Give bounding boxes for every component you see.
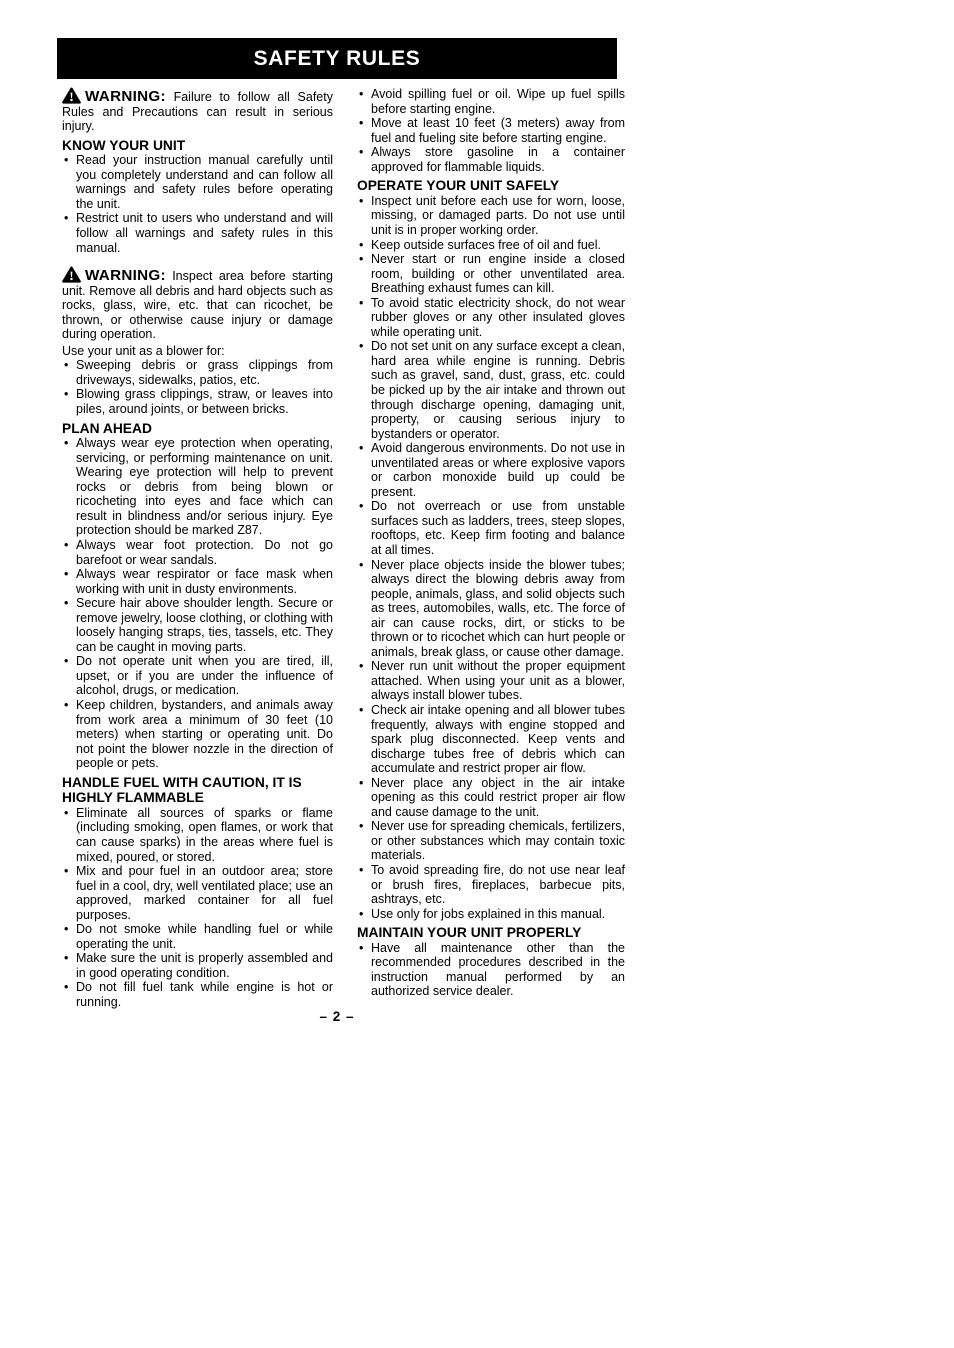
bullet-item: Always store gasoline in a container app… xyxy=(357,145,625,174)
bullet-text: Have all maintenance other than the reco… xyxy=(371,941,625,999)
bullet-text: Do not fill fuel tank while engine is ho… xyxy=(76,980,333,1009)
bullet-item: Blowing grass clippings, straw, or leave… xyxy=(62,387,333,416)
page-number: – 2 – xyxy=(57,1009,617,1024)
bullet-item: Mix and pour fuel in an outdoor area; st… xyxy=(62,864,333,922)
bullet-text: Never use for spreading chemicals, ferti… xyxy=(371,819,625,862)
bullet-text: Do not overreach or use from unstable su… xyxy=(371,499,625,557)
bullet-item: Read your instruction manual carefully u… xyxy=(62,153,333,211)
section-heading: KNOW YOUR UNIT xyxy=(62,138,333,154)
bullet-text: Restrict unit to users who understand an… xyxy=(76,211,333,254)
bullet-text: Never start or run engine inside a close… xyxy=(371,252,625,295)
bullet-item: Do not fill fuel tank while engine is ho… xyxy=(62,980,333,1009)
bullet-item: Eliminate all sources of sparks or flame… xyxy=(62,806,333,864)
bullet-item: Always wear eye protection when operatin… xyxy=(62,436,333,538)
bullet-item: Restrict unit to users who understand an… xyxy=(62,211,333,255)
bullet-text: Always wear eye protection when operatin… xyxy=(76,436,333,537)
bullet-text: Never run unit without the proper equipm… xyxy=(371,659,625,702)
warning-triangle-icon xyxy=(62,87,81,104)
bullet-text: Make sure the unit is properly assembled… xyxy=(76,951,333,980)
bullet-item: To avoid spreading fire, do not use near… xyxy=(357,863,625,907)
bullet-text: Secure hair above shoulder length. Secur… xyxy=(76,596,333,654)
bullet-text: Read your instruction manual carefully u… xyxy=(76,153,333,211)
bullet-text: Sweeping debris or grass clippings from … xyxy=(76,358,333,387)
paragraph: Use your unit as a blower for: xyxy=(62,344,333,359)
bullet-item: Check air intake opening and all blower … xyxy=(357,703,625,776)
bullet-item: Do not operate unit when you are tired, … xyxy=(62,654,333,698)
bullet-text: To avoid spreading fire, do not use near… xyxy=(371,863,625,906)
warning-paragraph: WARNING: Failure to follow all Safety Ru… xyxy=(62,87,333,134)
bullet-item: Always wear respirator or face mask when… xyxy=(62,567,333,596)
bullet-text: Inspect unit before each use for worn, l… xyxy=(371,194,625,237)
bullet-text: Check air intake opening and all blower … xyxy=(371,703,625,775)
bullet-text: Avoid dangerous environments. Do not use… xyxy=(371,441,625,499)
bullet-item: Make sure the unit is properly assembled… xyxy=(62,951,333,980)
bullet-item: Avoid spilling fuel or oil. Wipe up fuel… xyxy=(357,87,625,116)
bullet-text: Always store gasoline in a container app… xyxy=(371,145,625,174)
bullet-item: Never place objects inside the blower tu… xyxy=(357,558,625,660)
bullet-item: Sweeping debris or grass clippings from … xyxy=(62,358,333,387)
warning-label: WARNING: xyxy=(85,88,166,105)
bullet-text: To avoid static electricity shock, do no… xyxy=(371,296,625,339)
page-title-bar: SAFETY RULES xyxy=(57,38,617,79)
page-title: SAFETY RULES xyxy=(254,47,421,71)
bullet-item: Never use for spreading chemicals, ferti… xyxy=(357,819,625,863)
left-column: WARNING: Failure to follow all Safety Ru… xyxy=(62,87,333,1010)
bullet-text: Always wear respirator or face mask when… xyxy=(76,567,333,596)
bullet-item: Secure hair above shoulder length. Secur… xyxy=(62,596,333,654)
bullet-text: Eliminate all sources of sparks or flame… xyxy=(76,806,333,864)
bullet-text: Always wear foot protection. Do not go b… xyxy=(76,538,333,567)
bullet-text: Never place any object in the air intake… xyxy=(371,776,625,819)
right-column: Avoid spilling fuel or oil. Wipe up fuel… xyxy=(357,87,625,999)
bullet-text: Use only for jobs explained in this manu… xyxy=(371,907,605,921)
bullet-item: Always wear foot protection. Do not go b… xyxy=(62,538,333,567)
bullet-text: Do not smoke while handling fuel or whil… xyxy=(76,922,333,951)
bullet-item: Move at least 10 feet (3 meters) away fr… xyxy=(357,116,625,145)
bullet-item: Never run unit without the proper equipm… xyxy=(357,659,625,703)
bullet-text: Keep outside surfaces free of oil and fu… xyxy=(371,238,601,252)
bullet-item: Avoid dangerous environments. Do not use… xyxy=(357,441,625,499)
bullet-item: Inspect unit before each use for worn, l… xyxy=(357,194,625,238)
bullet-text: Never place objects inside the blower tu… xyxy=(371,558,625,659)
section-heading: HANDLE FUEL WITH CAUTION, IT IS HIGHLY F… xyxy=(62,775,333,806)
section-heading: OPERATE YOUR UNIT SAFELY xyxy=(357,178,625,194)
bullet-item: Do not set unit on any surface except a … xyxy=(357,339,625,441)
bullet-text: Mix and pour fuel in an outdoor area; st… xyxy=(76,864,333,922)
warning-triangle-icon xyxy=(62,266,81,283)
bullet-item: Do not smoke while handling fuel or whil… xyxy=(62,922,333,951)
bullet-item: Do not overreach or use from unstable su… xyxy=(357,499,625,557)
bullet-item: Never start or run engine inside a close… xyxy=(357,252,625,296)
bullet-item: Keep outside surfaces free of oil and fu… xyxy=(357,238,625,253)
warning-paragraph: WARNING: Inspect area before starting un… xyxy=(62,266,333,342)
section-heading: PLAN AHEAD xyxy=(62,421,333,437)
bullet-text: Blowing grass clippings, straw, or leave… xyxy=(76,387,333,416)
bullet-text: Move at least 10 feet (3 meters) away fr… xyxy=(371,116,625,145)
bullet-text: Keep children, bystanders, and animals a… xyxy=(76,698,333,770)
warning-label: WARNING: xyxy=(85,267,166,284)
section-heading: MAINTAIN YOUR UNIT PROPERLY xyxy=(357,925,625,941)
bullet-text: Do not set unit on any surface except a … xyxy=(371,339,625,440)
bullet-item: Have all maintenance other than the reco… xyxy=(357,941,625,999)
bullet-text: Do not operate unit when you are tired, … xyxy=(76,654,333,697)
bullet-item: Never place any object in the air intake… xyxy=(357,776,625,820)
bullet-text: Avoid spilling fuel or oil. Wipe up fuel… xyxy=(371,87,625,116)
bullet-item: To avoid static electricity shock, do no… xyxy=(357,296,625,340)
bullet-item: Keep children, bystanders, and animals a… xyxy=(62,698,333,771)
bullet-item: Use only for jobs explained in this manu… xyxy=(357,907,625,922)
